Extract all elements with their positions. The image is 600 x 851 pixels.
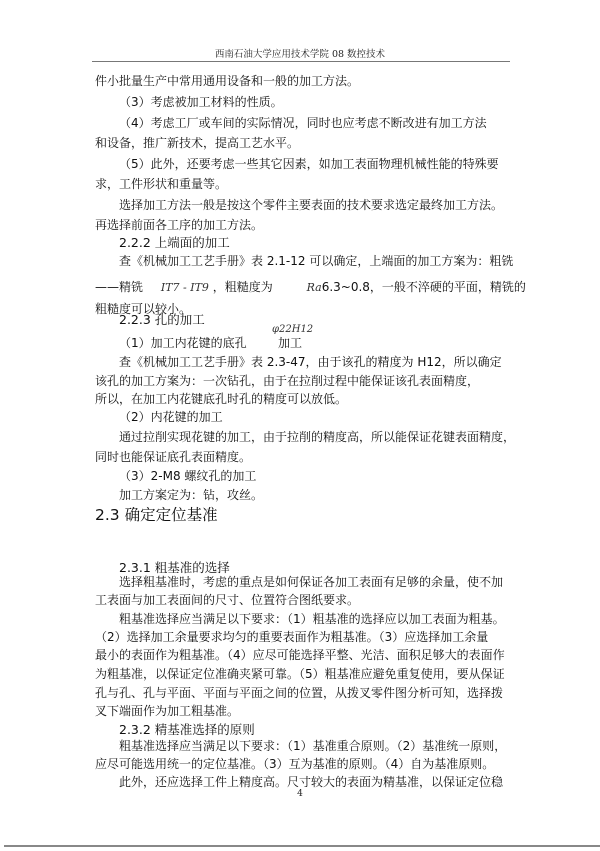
page-number: 4 — [0, 789, 600, 799]
body-line: 查《机械加工工艺手册》表 2.3-47，由于该孔的精度为 H12，所以确定 — [119, 355, 502, 369]
body-line: 查《机械加工工艺手册》表 2.1-12 可以确定，上端面的加工方案为：粗铣 — [119, 254, 513, 268]
body-line: 该孔的加工方案为：一次钻孔，由于在拉削过程中能保证该孔表面精度， — [95, 374, 479, 388]
text-fragment: ——精铣 — [95, 280, 143, 294]
tolerance-formula: IT7 - IT9 — [161, 281, 209, 294]
body-line: 孔与孔、孔与平面、平面与平面之间的位置，从拨叉零件图分析可知，选择拨 — [95, 686, 503, 700]
section-heading-2-2-2: 2.2.2 上端面的加工 — [119, 233, 230, 251]
page-bottom-edge — [4, 845, 600, 847]
body-line: 通过拉削实现花键的加工，由于拉削的精度高，所以能保证花键表面精度， — [119, 430, 515, 444]
body-line: ——精铣 IT7 - IT9 ，粗糙度为 Ra6.3~0.8，一般不淬硬的平面，… — [95, 280, 526, 295]
body-line: 此外，还应选择工件上精度高。尺寸较大的表面为精基准，以保证定位稳 — [119, 775, 503, 789]
section-heading-2-2-3: 2.2.3 孔的加工 — [119, 310, 205, 328]
body-line: 加工 — [278, 336, 302, 350]
body-line: （3）考虑被加工材料的性质。 — [119, 95, 283, 109]
body-line: （2）选择加工余量要求均匀的重要表面作为粗基准。（3）应选择加工余量 — [95, 630, 488, 644]
body-line: （1）加工内花键的底孔 — [119, 336, 247, 350]
body-line: 求，工件形状和重量等。 — [95, 177, 227, 191]
section-heading-2-3-2: 2.3.2 精基准选择的原则 — [119, 720, 255, 738]
section-heading-2-3-1: 2.3.1 粗基准的选择 — [119, 558, 230, 576]
body-line: （4）考虑工厂或车间的实际情况，同时也应考虑不断改进有加工方法 — [119, 116, 487, 130]
running-header: 西南石油大学应用技术学院 08 数控技术 — [0, 46, 600, 60]
hole-diameter-formula: φ22H12 — [272, 324, 313, 335]
body-line: 工表面与加工表面间的尺寸、位置符合图纸要求。 — [95, 593, 359, 607]
body-line: 应尽可能选用统一的定位基准。（3）互为基准的原则。（4）自为基准原则。 — [95, 757, 494, 771]
body-line: （5）此外，还要考虑一些其它因素，如加工表面物理机械性能的特殊要 — [119, 157, 499, 171]
body-line: 再选择前面各工序的加工方法。 — [95, 218, 263, 232]
body-line: 所以，在加工内花键底孔时孔的精度可以放低。 — [95, 392, 347, 406]
document-page: 西南石油大学应用技术学院 08 数控技术 件小批量生产中常用通用设备和一般的加工… — [0, 0, 600, 851]
body-line: 选择粗基准时，考虑的重点是如何保证各加工表面有足够的余量，使不加 — [119, 575, 503, 589]
text-fragment: 6.3~0.8，一般不淬硬的平面，精铣的 — [322, 280, 526, 294]
body-line: （2）内花键的加工 — [119, 410, 223, 424]
body-line: 加工方案定为：钻，攻丝。 — [119, 488, 263, 502]
body-line: 选择加工方法一般是按这个零件主要表面的技术要求选定最终加工方法。 — [119, 198, 503, 212]
body-line: 粗基准选择应当满足以下要求：（1）粗基准的选择应以加工表面为粗基。 — [119, 612, 505, 626]
body-line: 粗基准选择应当满足以下要求：（1）基准重合原则。（2）基准统一原则， — [119, 739, 506, 753]
roughness-symbol: Ra — [307, 281, 322, 294]
body-line: 同时也能保证底孔表面精度。 — [95, 450, 251, 464]
body-line: 叉下端面作为加工粗基准。 — [95, 704, 239, 718]
body-line: 和设备，推广新技术，提高工艺水平。 — [95, 136, 299, 150]
text-fragment: ，粗糙度为 — [213, 280, 273, 294]
body-line: 为粗基准，以保证定位准确夹紧可靠。（5）粗基准应避免重复使用，要从保证 — [95, 667, 505, 681]
body-line: 件小批量生产中常用通用设备和一般的加工方法。 — [95, 74, 359, 88]
body-line: （3）2-M8 螺纹孔的加工 — [119, 469, 256, 483]
body-line: 最小的表面作为粗基准。（4）应尽可能选择平整、光洁、面积足够大的表面作 — [95, 648, 505, 662]
section-heading-2-3: 2.3 确定定位基准 — [95, 503, 218, 525]
header-divider — [92, 61, 510, 62]
